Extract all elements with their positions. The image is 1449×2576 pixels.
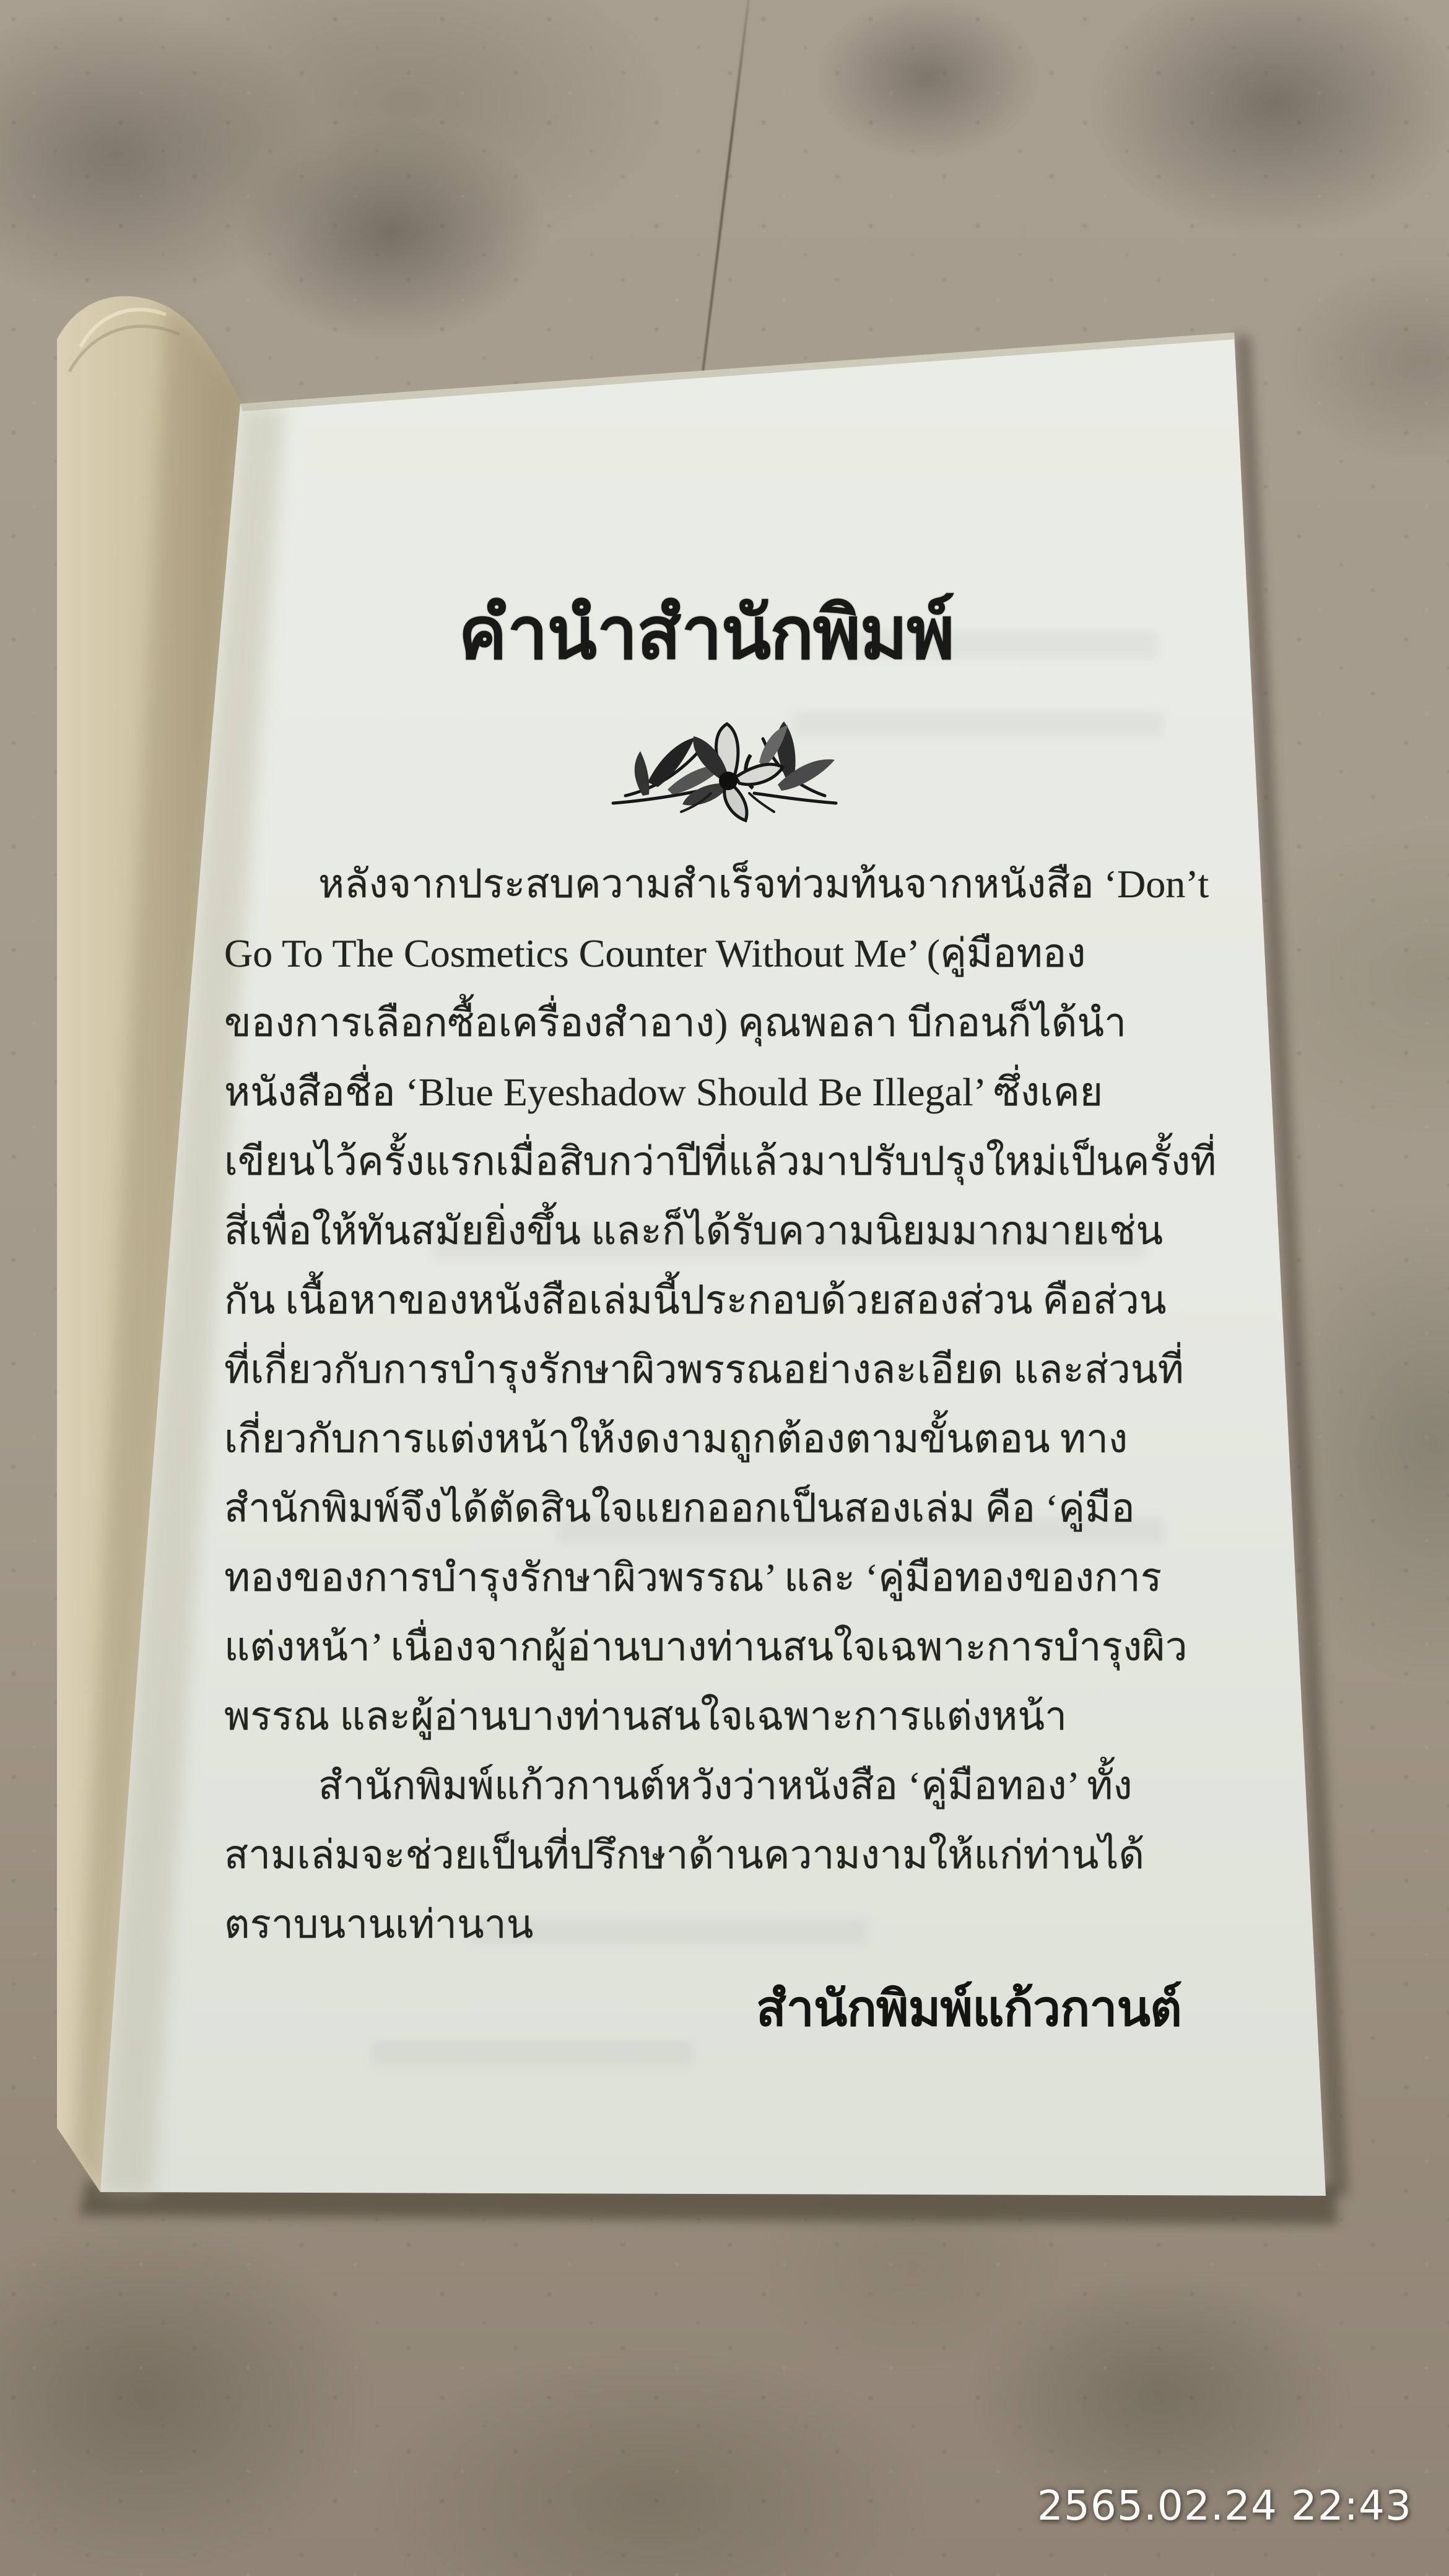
flower-ornament-icon — [588, 703, 861, 827]
page-title: คำนำสำนักพิมพ์ — [223, 581, 1189, 686]
body-line: สามเล่มจะช่วยเป็นที่ปรึกษาด้านความงามให้… — [224, 1821, 1189, 1890]
publisher-signature: สำนักพิมพ์แก้วกานต์ — [223, 1969, 1181, 2048]
body-line: แต่งหน้า’ เนื่องจากผู้อ่านบางท่านสนใจเฉพ… — [224, 1612, 1189, 1682]
body-line: หลังจากประสบความสำเร็จท่วมท้นจากหนังสือ … — [224, 850, 1189, 919]
body-line: สำนักพิมพ์แก้วกานต์หวังว่าหนังสือ ‘คู่มื… — [224, 1751, 1189, 1821]
body-line: เกี่ยวกับการแต่งหน้าให้งดงามถูกต้องตามขั… — [224, 1404, 1189, 1474]
body-line: ที่เกี่ยวกับการบำรุงรักษาผิวพรรณอย่างละเ… — [224, 1335, 1189, 1404]
body-line: เขียนไว้ครั้งแรกเมื่อสิบกว่าปีที่แล้วมาป… — [224, 1127, 1189, 1196]
camera-timestamp: 2565.02.24 22:43 — [1028, 2482, 1412, 2530]
photo-of-book-on-granite-counter: คำนำสำนักพิมพ์ — [0, 0, 1449, 2576]
body-line: Go To The Cosmetics Counter Without Me’ … — [224, 919, 1189, 988]
body-line: พรรณ และผู้อ่านบางท่านสนใจเฉพาะการแต่งหน… — [224, 1682, 1189, 1751]
body-line: ตราบนานเท่านาน — [224, 1890, 1189, 1959]
body-line: ทองของการบำรุงรักษาผิวพรรณ’ และ ‘คู่มือท… — [224, 1543, 1189, 1612]
body-line: ของการเลือกซื้อเครื่องสำอาง) คุณพอลา บีก… — [224, 988, 1189, 1058]
preface-body: หลังจากประสบความสำเร็จท่วมท้นจากหนังสือ … — [224, 850, 1189, 1959]
body-line: กัน เนื้อหาของหนังสือเล่มนี้ประกอบด้วยสอ… — [224, 1266, 1189, 1335]
body-line: สี่เพื่อให้ทันสมัยยิ่งขึ้น และก็ได้รับคว… — [224, 1196, 1189, 1266]
body-line: สำนักพิมพ์จึงได้ตัดสินใจแยกออกเป็นสองเล่… — [224, 1474, 1189, 1543]
body-line: หนังสือชื่อ ‘Blue Eyeshadow Should Be Il… — [224, 1058, 1189, 1127]
